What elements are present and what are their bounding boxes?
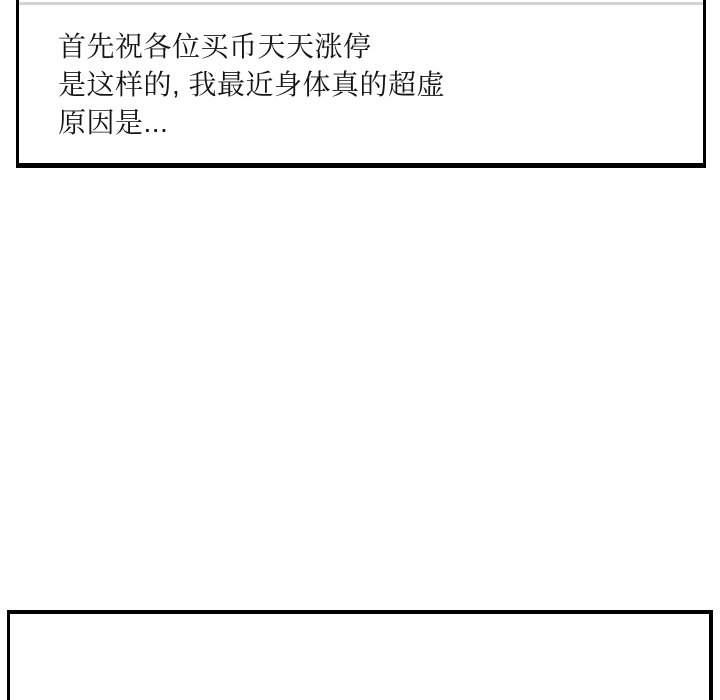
narration-line-3: 原因是...: [58, 104, 445, 142]
narration-line-1: 首先祝各位买币天天涨停: [58, 28, 445, 66]
panel-top-edge: [19, 2, 703, 5]
narration-line-2: 是这样的, 我最近身体真的超虚: [58, 66, 445, 104]
narration-panel: 首先祝各位买币天天涨停 是这样的, 我最近身体真的超虚 原因是...: [16, 0, 706, 168]
narration-text: 首先祝各位买币天天涨停 是这样的, 我最近身体真的超虚 原因是...: [58, 28, 445, 142]
comic-page: 首先祝各位买币天天涨停 是这样的, 我最近身体真的超虚 原因是...: [0, 0, 720, 700]
empty-panel: [7, 610, 713, 700]
